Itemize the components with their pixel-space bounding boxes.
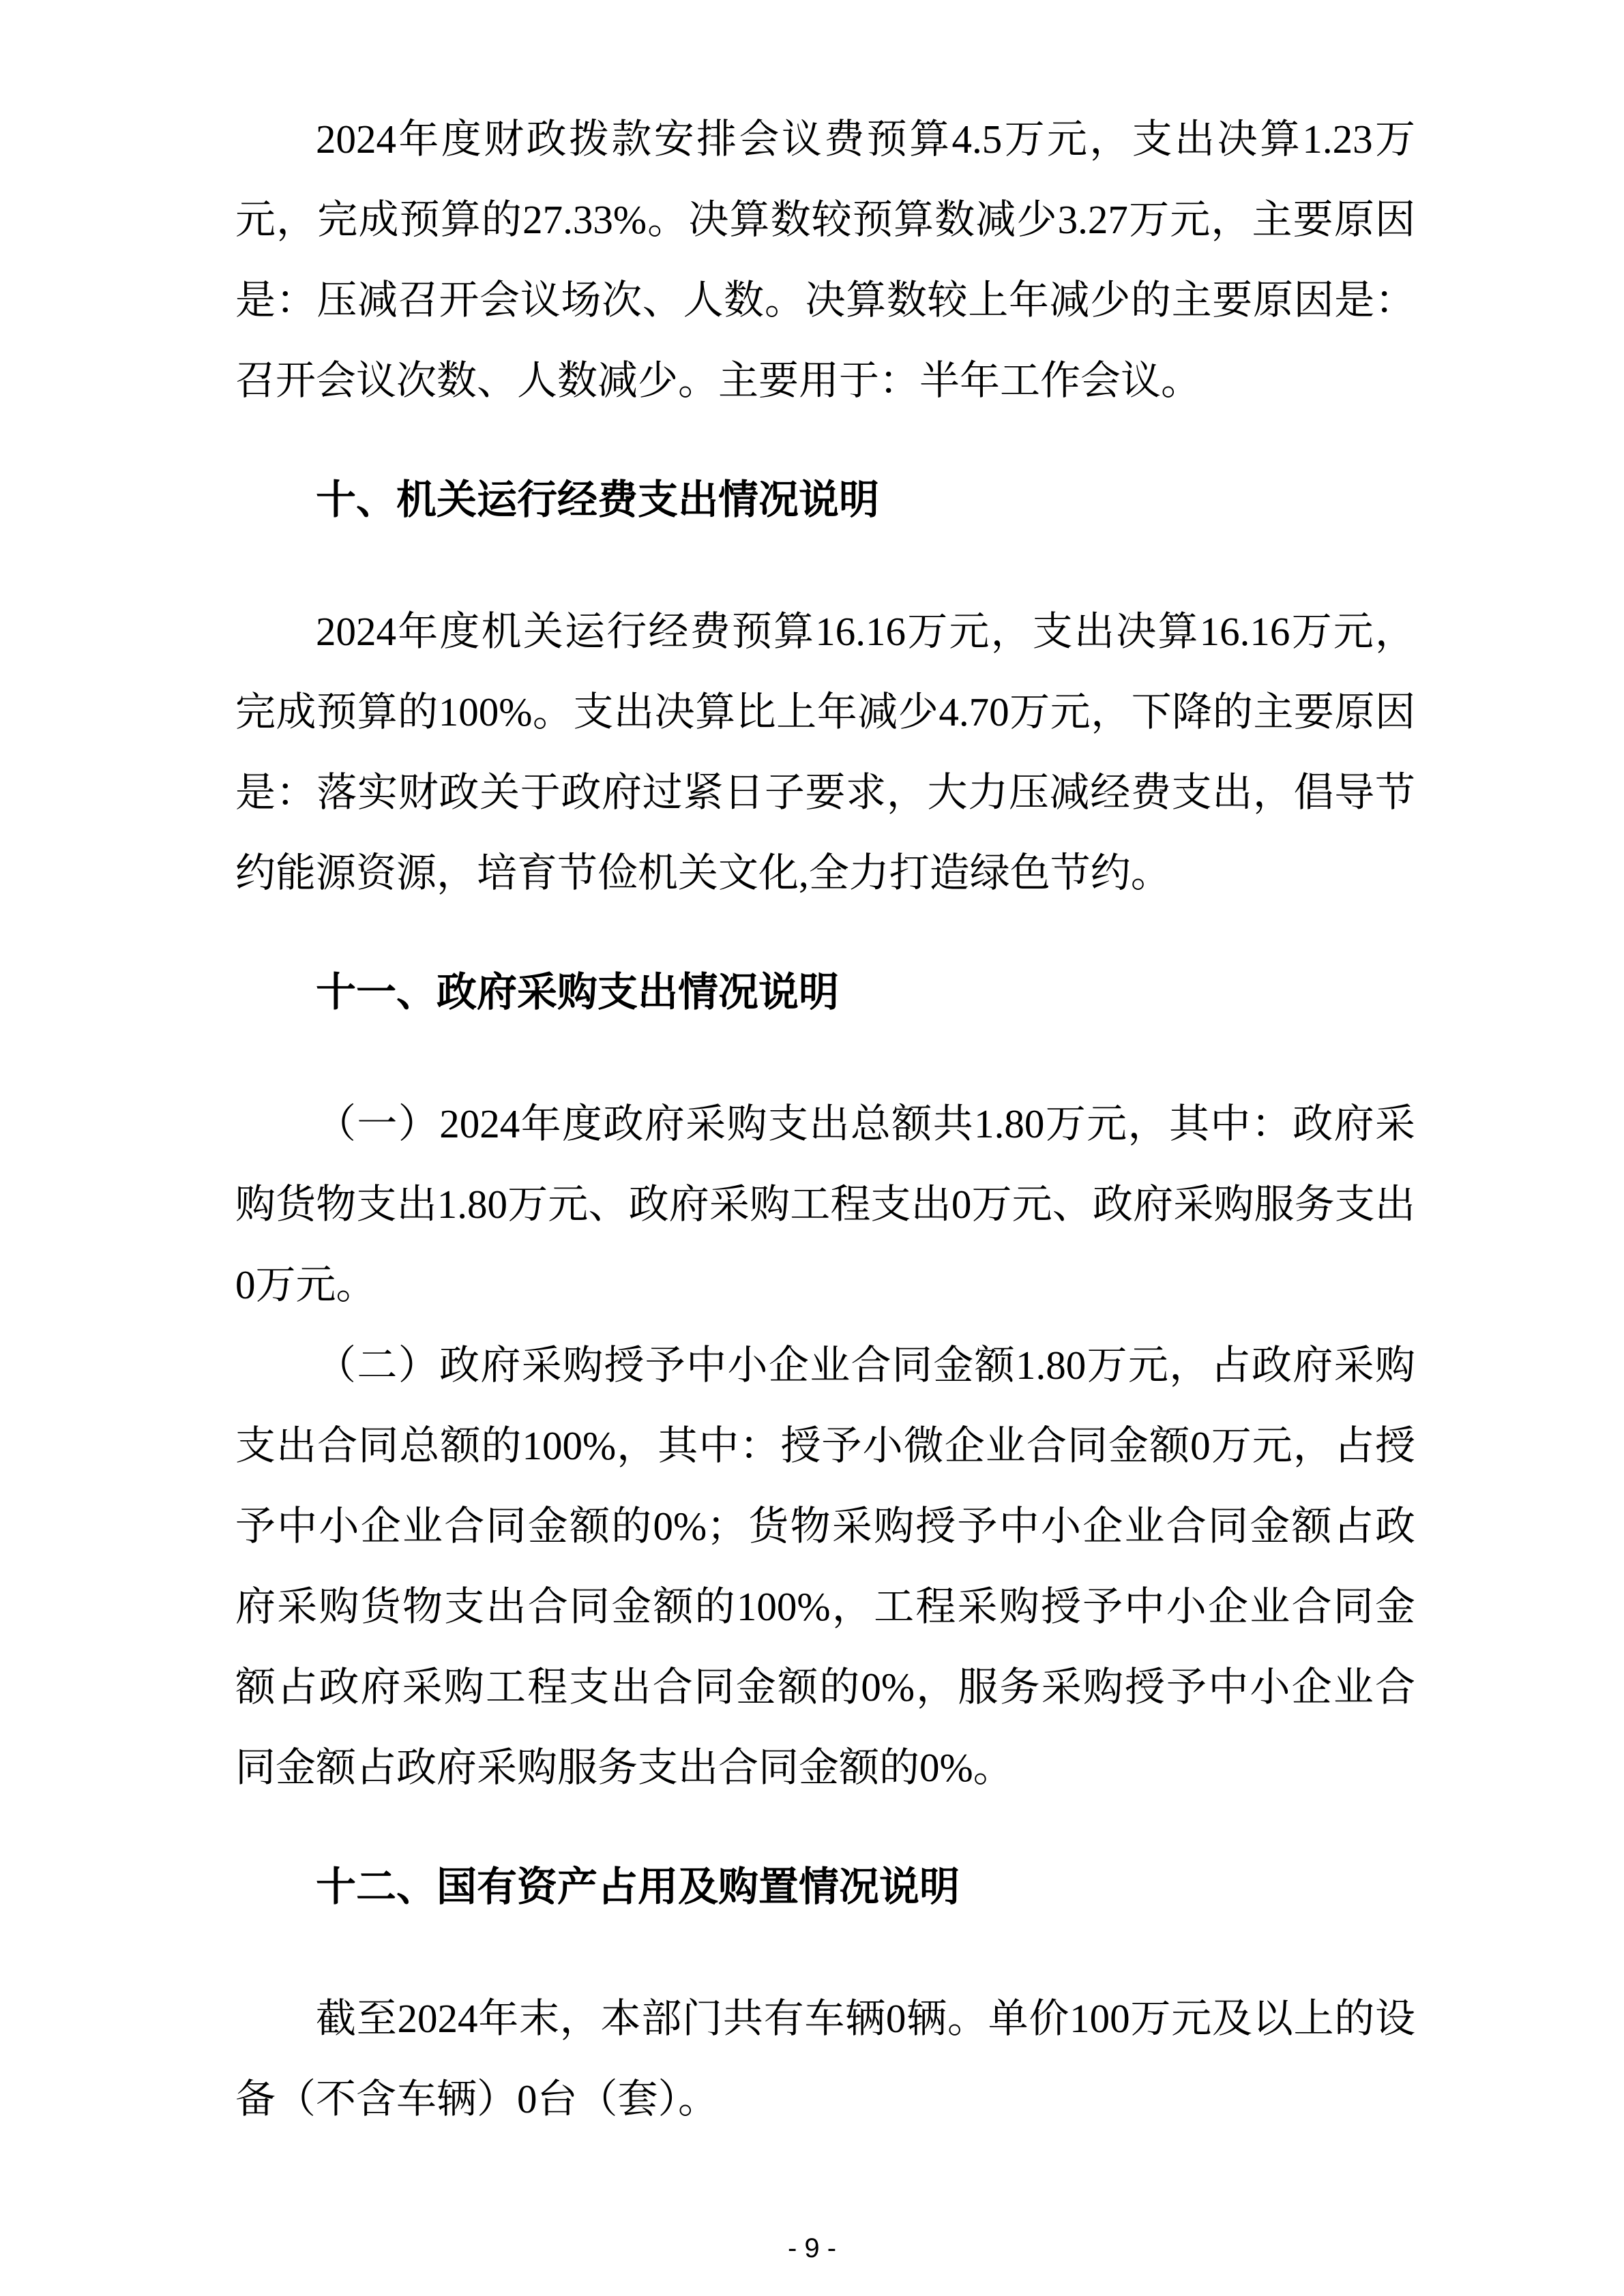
page-body: 2024年度财政拨款安排会议费预算4.5万元，支出决算1.23万元，完成预算的2… [235, 99, 1415, 2139]
body-paragraph-operating-expenses: 2024年度机关运行经费预算16.16万元，支出决算16.16万元，完成预算的1… [235, 591, 1415, 913]
body-paragraph-procurement-sme-contracts: （二）政府采购授予中小企业合同金额1.80万元，占政府采购支出合同总额的100%… [235, 1325, 1415, 1808]
body-paragraph-procurement-total: （一）2024年度政府采购支出总额共1.80万元，其中：政府采购货物支出1.80… [235, 1084, 1415, 1325]
page-number: - 9 - [0, 2231, 1624, 2265]
body-paragraph-conference-fees: 2024年度财政拨款安排会议费预算4.5万元，支出决算1.23万元，完成预算的2… [235, 99, 1415, 421]
section-heading-12-state-owned-assets: 十二、国有资产占用及购置情况说明 [235, 1847, 1415, 1927]
document-page: 2024年度财政拨款安排会议费预算4.5万元，支出决算1.23万元，完成预算的2… [0, 0, 1624, 2296]
section-heading-11-government-procurement: 十一、政府采购支出情况说明 [235, 952, 1415, 1032]
section-heading-10-operating-expenses: 十、机关运行经费支出情况说明 [235, 460, 1415, 540]
body-paragraph-assets-vehicles-equipment: 截至2024年末，本部门共有车辆0辆。单价100万元及以上的设备（不含车辆）0台… [235, 1978, 1415, 2139]
